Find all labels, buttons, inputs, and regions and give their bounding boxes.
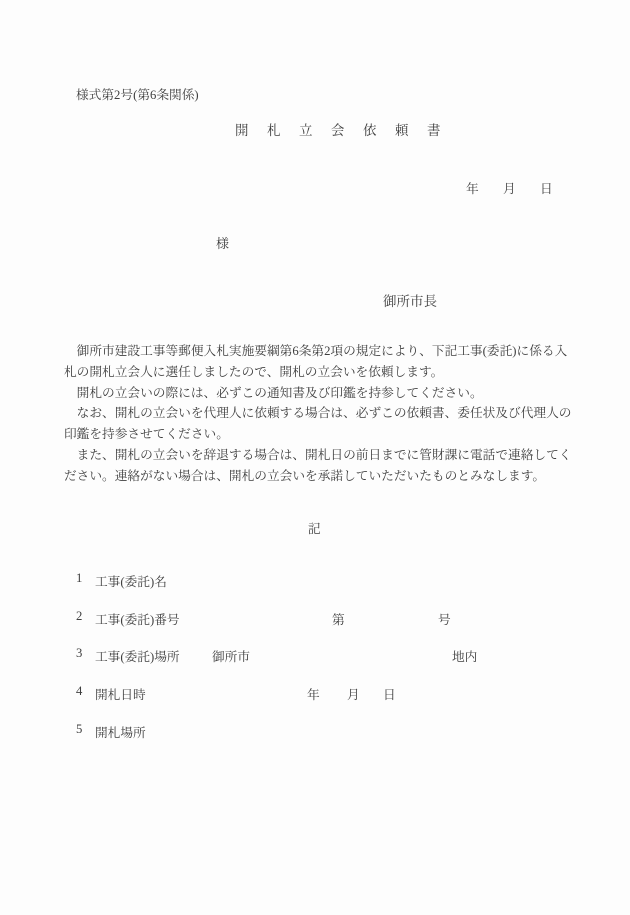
- item-4-day-label: 日: [383, 684, 396, 703]
- item-1-label: 工事(委託)名: [95, 571, 167, 590]
- sender-title: 御所市長: [383, 290, 437, 310]
- item-2-number-prefix: 第: [332, 609, 345, 628]
- list-item-3: 3 工事(委託)場所 御所市 地内: [0, 646, 630, 663]
- item-3-number: 3: [76, 646, 82, 661]
- body-line-2: 札の開札立会人に選任しましたので、開札の立会いを依頼します。: [64, 362, 580, 383]
- addressee-honorific: 様: [216, 233, 229, 252]
- item-2-number-suffix: 号: [438, 609, 451, 628]
- ki-heading: 記: [308, 518, 321, 537]
- list-item-5: 5 開札場所: [0, 722, 630, 739]
- item-4-month-label: 月: [347, 684, 360, 703]
- list-item-1: 1 工事(委託)名: [0, 571, 630, 588]
- issue-date-line: 年 月 日: [0, 178, 630, 194]
- item-1-number: 1: [76, 571, 82, 586]
- item-5-number: 5: [76, 722, 82, 737]
- item-3-area-suffix: 地内: [452, 646, 477, 665]
- issue-date-month-label: 月: [503, 178, 516, 197]
- item-2-number: 2: [76, 609, 82, 624]
- item-2-label: 工事(委託)番号: [95, 609, 180, 628]
- body-line-5: 印鑑を持参させてください。: [64, 424, 580, 445]
- item-5-label: 開札場所: [95, 722, 146, 741]
- item-4-year-label: 年: [307, 684, 320, 703]
- issue-date-day-label: 日: [540, 178, 553, 197]
- list-item-2: 2 工事(委託)番号 第 号: [0, 609, 630, 626]
- body-line-3: 開札の立会いの際には、必ずこの通知書及び印鑑を持参してください。: [64, 383, 580, 404]
- form-number: 様式第2号(第6条関係): [76, 84, 199, 103]
- item-4-label: 開札日時: [95, 684, 146, 703]
- body-line-6: また、開札の立会いを辞退する場合は、開札日の前日までに管財課に電話で連絡してく: [64, 445, 580, 466]
- item-3-city-prefix: 御所市: [212, 646, 250, 665]
- body-text: 御所市建設工事等郵便入札実施要綱第6条第2項の規定により、下記工事(委託)に係る…: [64, 341, 580, 487]
- document-title: 開札立会依頼書: [235, 119, 459, 139]
- document-page: 様式第2号(第6条関係) 開札立会依頼書 年 月 日 様 御所市長 御所市建設工…: [0, 0, 630, 915]
- item-4-number: 4: [76, 684, 82, 699]
- body-line-7: ださい。連絡がない場合は、開札の立会いを承諾していただいたものとみなします。: [64, 466, 580, 487]
- body-line-1: 御所市建設工事等郵便入札実施要綱第6条第2項の規定により、下記工事(委託)に係る…: [64, 341, 580, 362]
- body-line-4: なお、開札の立会いを代理人に依頼する場合は、必ずこの依頼書、委任状及び代理人の: [64, 403, 580, 424]
- list-item-4: 4 開札日時 年 月 日: [0, 684, 630, 701]
- item-3-label: 工事(委託)場所: [95, 646, 180, 665]
- issue-date-year-label: 年: [466, 178, 479, 197]
